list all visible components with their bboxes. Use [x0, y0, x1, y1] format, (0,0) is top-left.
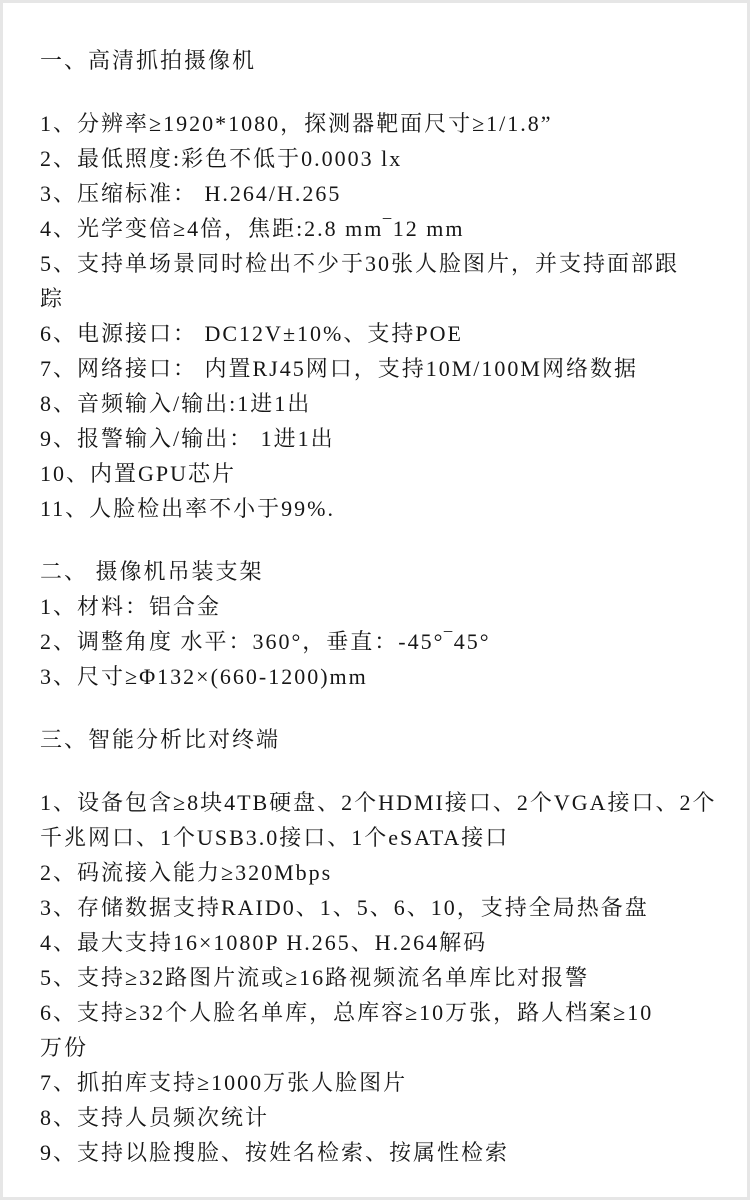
blank-line — [40, 757, 717, 785]
blank-line — [40, 526, 717, 554]
spec-item: 3、尺寸≥Φ132×(660-1200)mm — [40, 659, 717, 694]
spec-item: 8、支持人员频次统计 — [40, 1100, 717, 1135]
spec-item: 1、材料：铝合金 — [40, 589, 717, 624]
spec-item: 4、最大支持16×1080P H.265、H.264解码 — [40, 925, 717, 960]
spec-item: 8、音频输入/输出:1进1出 — [40, 386, 717, 421]
spec-item: 2、最低照度:彩色不低于0.0003 lx — [40, 141, 717, 176]
section-heading-section-2: 二、 摄像机吊装支架 — [40, 554, 717, 589]
spec-item-continuation: 万份 — [40, 1030, 717, 1065]
spec-item: 7、抓拍库支持≥1000万张人脸图片 — [40, 1065, 717, 1100]
spec-item: 2、调整角度 水平：360°，垂直：-45°‾45° — [40, 624, 717, 659]
document-page: 一、高清抓拍摄像机1、分辨率≥1920*1080，探测器靶面尺寸≥1/1.8”2… — [0, 0, 750, 1200]
blank-line — [40, 694, 717, 722]
spec-item: 4、光学变倍≥4倍，焦距:2.8 mm‾12 mm — [40, 211, 717, 246]
spec-item: 3、存储数据支持RAID0、1、5、6、10，支持全局热备盘 — [40, 890, 717, 925]
spec-item: 3、压缩标准： H.264/H.265 — [40, 176, 717, 211]
spec-item: 10、内置GPU芯片 — [40, 456, 717, 491]
spec-item: 7、网络接口： 内置RJ45网口，支持10M/100M网络数据 — [40, 351, 717, 386]
spec-item: 6、电源接口： DC12V±10%、支持POE — [40, 316, 717, 351]
spec-item-continuation: 踪 — [40, 281, 717, 316]
section-heading-section-1: 一、高清抓拍摄像机 — [40, 43, 717, 78]
spec-item: 2、码流接入能力≥320Mbps — [40, 855, 717, 890]
spec-item: 5、支持单场景同时检出不少于30张人脸图片，并支持面部跟 — [40, 246, 717, 281]
spec-item: 1、设备包含≥8块4TB硬盘、2个HDMI接口、2个VGA接口、2个 — [40, 785, 717, 820]
spec-item: 5、支持≥32路图片流或≥16路视频流名单库比对报警 — [40, 960, 717, 995]
blank-line — [40, 78, 717, 106]
spec-item: 6、支持≥32个人脸名单库，总库容≥10万张，路人档案≥10 — [40, 995, 717, 1030]
spec-item: 11、人脸检出率不小于99%. — [40, 491, 717, 526]
section-heading-section-3: 三、智能分析比对终端 — [40, 722, 717, 757]
spec-item-continuation: 千兆网口、1个USB3.0接口、1个eSATA接口 — [40, 820, 717, 855]
spec-item: 9、支持以脸搜脸、按姓名检索、按属性检索 — [40, 1135, 717, 1170]
document-body: 一、高清抓拍摄像机1、分辨率≥1920*1080，探测器靶面尺寸≥1/1.8”2… — [40, 43, 717, 1170]
spec-item: 9、报警输入/输出： 1进1出 — [40, 421, 717, 456]
spec-item: 1、分辨率≥1920*1080，探测器靶面尺寸≥1/1.8” — [40, 106, 717, 141]
